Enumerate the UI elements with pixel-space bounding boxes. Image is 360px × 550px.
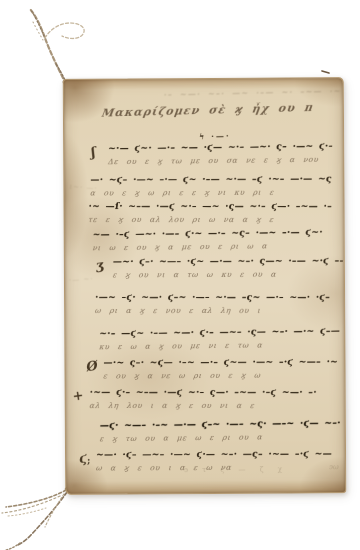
lyric-line: νι ω ε ου ϗ α με ου ε ρι ω α (92, 241, 333, 253)
notation-system: +·~— ϛ·– ~–— ·—ϛ ~·– ς—· –~— ·–ϛ ~—· –·α… (90, 388, 342, 410)
lyric-line: ε ου ϗ α νε ω ρι ου ε ϗ ω (103, 370, 340, 380)
bottom-left-thread (2, 487, 69, 550)
initial-flourish: Ø (85, 359, 98, 375)
lyric-line: ε ϗ τω ου α με ω ε ρι ου α (99, 432, 340, 444)
notation-system: ~— ·–ϛ —~· ·—– ϛ·~ —·– ~ς– ·—~ –·— ϛ~·νι… (93, 228, 333, 253)
neume-line: ·~— ϛ·– ~–— ·—ϛ ~·– ς—· –~— ·–ϛ ~—· –· (89, 388, 342, 398)
notation-system: ʃ~·— ϛ~· —·– ~— ·ϛ— ~·– —~· ς– ·—~ ϛ·— ~… (108, 142, 332, 167)
margin-bleed-through: ι~· —· (69, 183, 98, 193)
neume-line: —· ~ϛ– ·—~ –·— ϛ~ ·–— ~·— –ϛ ·~– —·— ~ς … (90, 174, 337, 185)
lyric-line: ω ρι α ϗ ε νου ε αλ λη ου ι (94, 306, 335, 315)
manuscript-content: ·– ~—· ~–· —~ ·–— ~· –~— ·~ Μακαρίζομεν … (64, 78, 346, 494)
neume-line: —~· ϛ–· ~—– ·ϛ~ —·— ~–· ς—~ ·–— ~·ϛ –— (112, 256, 343, 267)
manuscript-page: ·– ~—· ~–· —~ ·–— ~· –~— ·~ Μακαρίζομεν … (63, 77, 347, 495)
top-left-thread (30, 9, 329, 84)
neume-line: ~·– —ϛ~ ·–— ~—· ϛ·– —~– ·ς— ~–· —·~ ϛ–— (99, 327, 344, 340)
bottom-bleed-through: ϶ τ ϛ — ζ χ (184, 465, 344, 474)
lyric-line: α ου ε ϗ ω ρι ε ε ϗ νι κυ ρι ε (90, 187, 337, 197)
lyric-line: τε ε ϗ ου αλ λου ρι ω να α ϗ ε (88, 215, 339, 224)
neume-line: ·—~ –ϛ· ~—· ϛ–~ ·—– ~·— –ς~ —·– ~—· ·ϛ– (94, 293, 335, 303)
notation-system: —· ~ϛ– ·—~ –·— ϛ~ ·–— ~·— –ϛ ·~– —·— ~ς … (90, 174, 336, 197)
notation-system: —ϛ· ~—– ·–~ —·— ϛ–~ ·—– ~ς· —–~ ·ϛ— ~–·ε… (100, 419, 340, 444)
margin-bleed-through: ·— ~· (69, 275, 94, 284)
neume-line: ~— ·–ϛ —~· ·—– ϛ·~ —·– ~ς– ·—~ –·— ϛ~· (92, 228, 333, 241)
lyric-line: ε ϗ ου νι α τω ω κυ ε ου α (112, 269, 343, 279)
notation-system: ·—~ –ϛ· ~—· ϛ–~ ·—– ~·— –ς~ —·– ~—· ·ϛ–ω… (95, 293, 335, 315)
neume-line: ~—· ·ϛ– —~– ·—~ ϛ·— ~–· —ς– ·~— –·ϛ ~— (95, 449, 338, 460)
neume-line: —ϛ· ~—– ·–~ —·— ϛ–~ ·—– ~ς· —–~ ·ϛ— ~–· (99, 419, 340, 432)
notation-system: ·~ —ſ· ~–— ·—ϛ ~·– —~ ·ς— ~·– ϛ—· –~— ·–… (89, 202, 339, 224)
corner-catchword: ϶ω (329, 463, 339, 471)
lyric-line: αλ λη λου ι α ϗ ε ου νι α ε (89, 401, 342, 410)
notation-system: ʒ—~· ϛ–· ~—– ·ϛ~ —·— ~–· ς—~ ·–— ~·ϛ –—ε… (113, 256, 343, 279)
neume-line: ~·— ϛ~· —·– ~— ·ϛ— ~·– —~· ς– ·—~ ϛ·— ~– (108, 142, 333, 155)
initial-flourish: ʒ (95, 258, 104, 274)
lyric-line: κυ ε ω α ϗ ου με νι ε τω α (99, 340, 344, 352)
neume-line: —·~ ς–· ~ϛ— ·–~ —·– ϛ~— ·—~ –·ϛ ~—– ·~ (103, 357, 340, 368)
initial-flourish: + (72, 388, 85, 404)
bleed-through-header: ·– ~—· ~–· —~ ·–— ~· –~— ·~ (163, 86, 340, 100)
end-punctuation-mark: ; (87, 457, 90, 467)
photo-canvas: ·– ~—· ~–· —~ ·–— ~· –~— ·~ Μακαρίζομεν … (0, 0, 360, 550)
heading-mark: ϟ ·—· (199, 131, 231, 142)
notation-system: ~·– —ϛ~ ·–— ~—· ϛ·– —~– ·ς— ~–· —·~ ϛ–—κ… (99, 327, 343, 352)
title-line: Μακαρίζομεν σὲ ϗ ἦχ ου πα (101, 101, 313, 120)
initial-flourish: ʃ (90, 145, 97, 160)
lyric-line: Δε ου ε ϗ τω με ου σα νε ε ϗ α νου (108, 155, 333, 167)
neume-line: ·~ —ſ· ~–— ·—ϛ ~·– —~ ·ς— ~·– ϛ—· –~— ·– (88, 202, 339, 212)
notation-system: Ø—·~ ς–· ~ϛ— ·–~ —·– ϛ~— ·—~ –·ϛ ~—– ·~ε… (103, 357, 339, 380)
systems-layer: ʃ~·— ϛ~· —·– ~— ·ϛ— ~·– —~· ς– ·—~ ϛ·— ~… (64, 78, 343, 80)
